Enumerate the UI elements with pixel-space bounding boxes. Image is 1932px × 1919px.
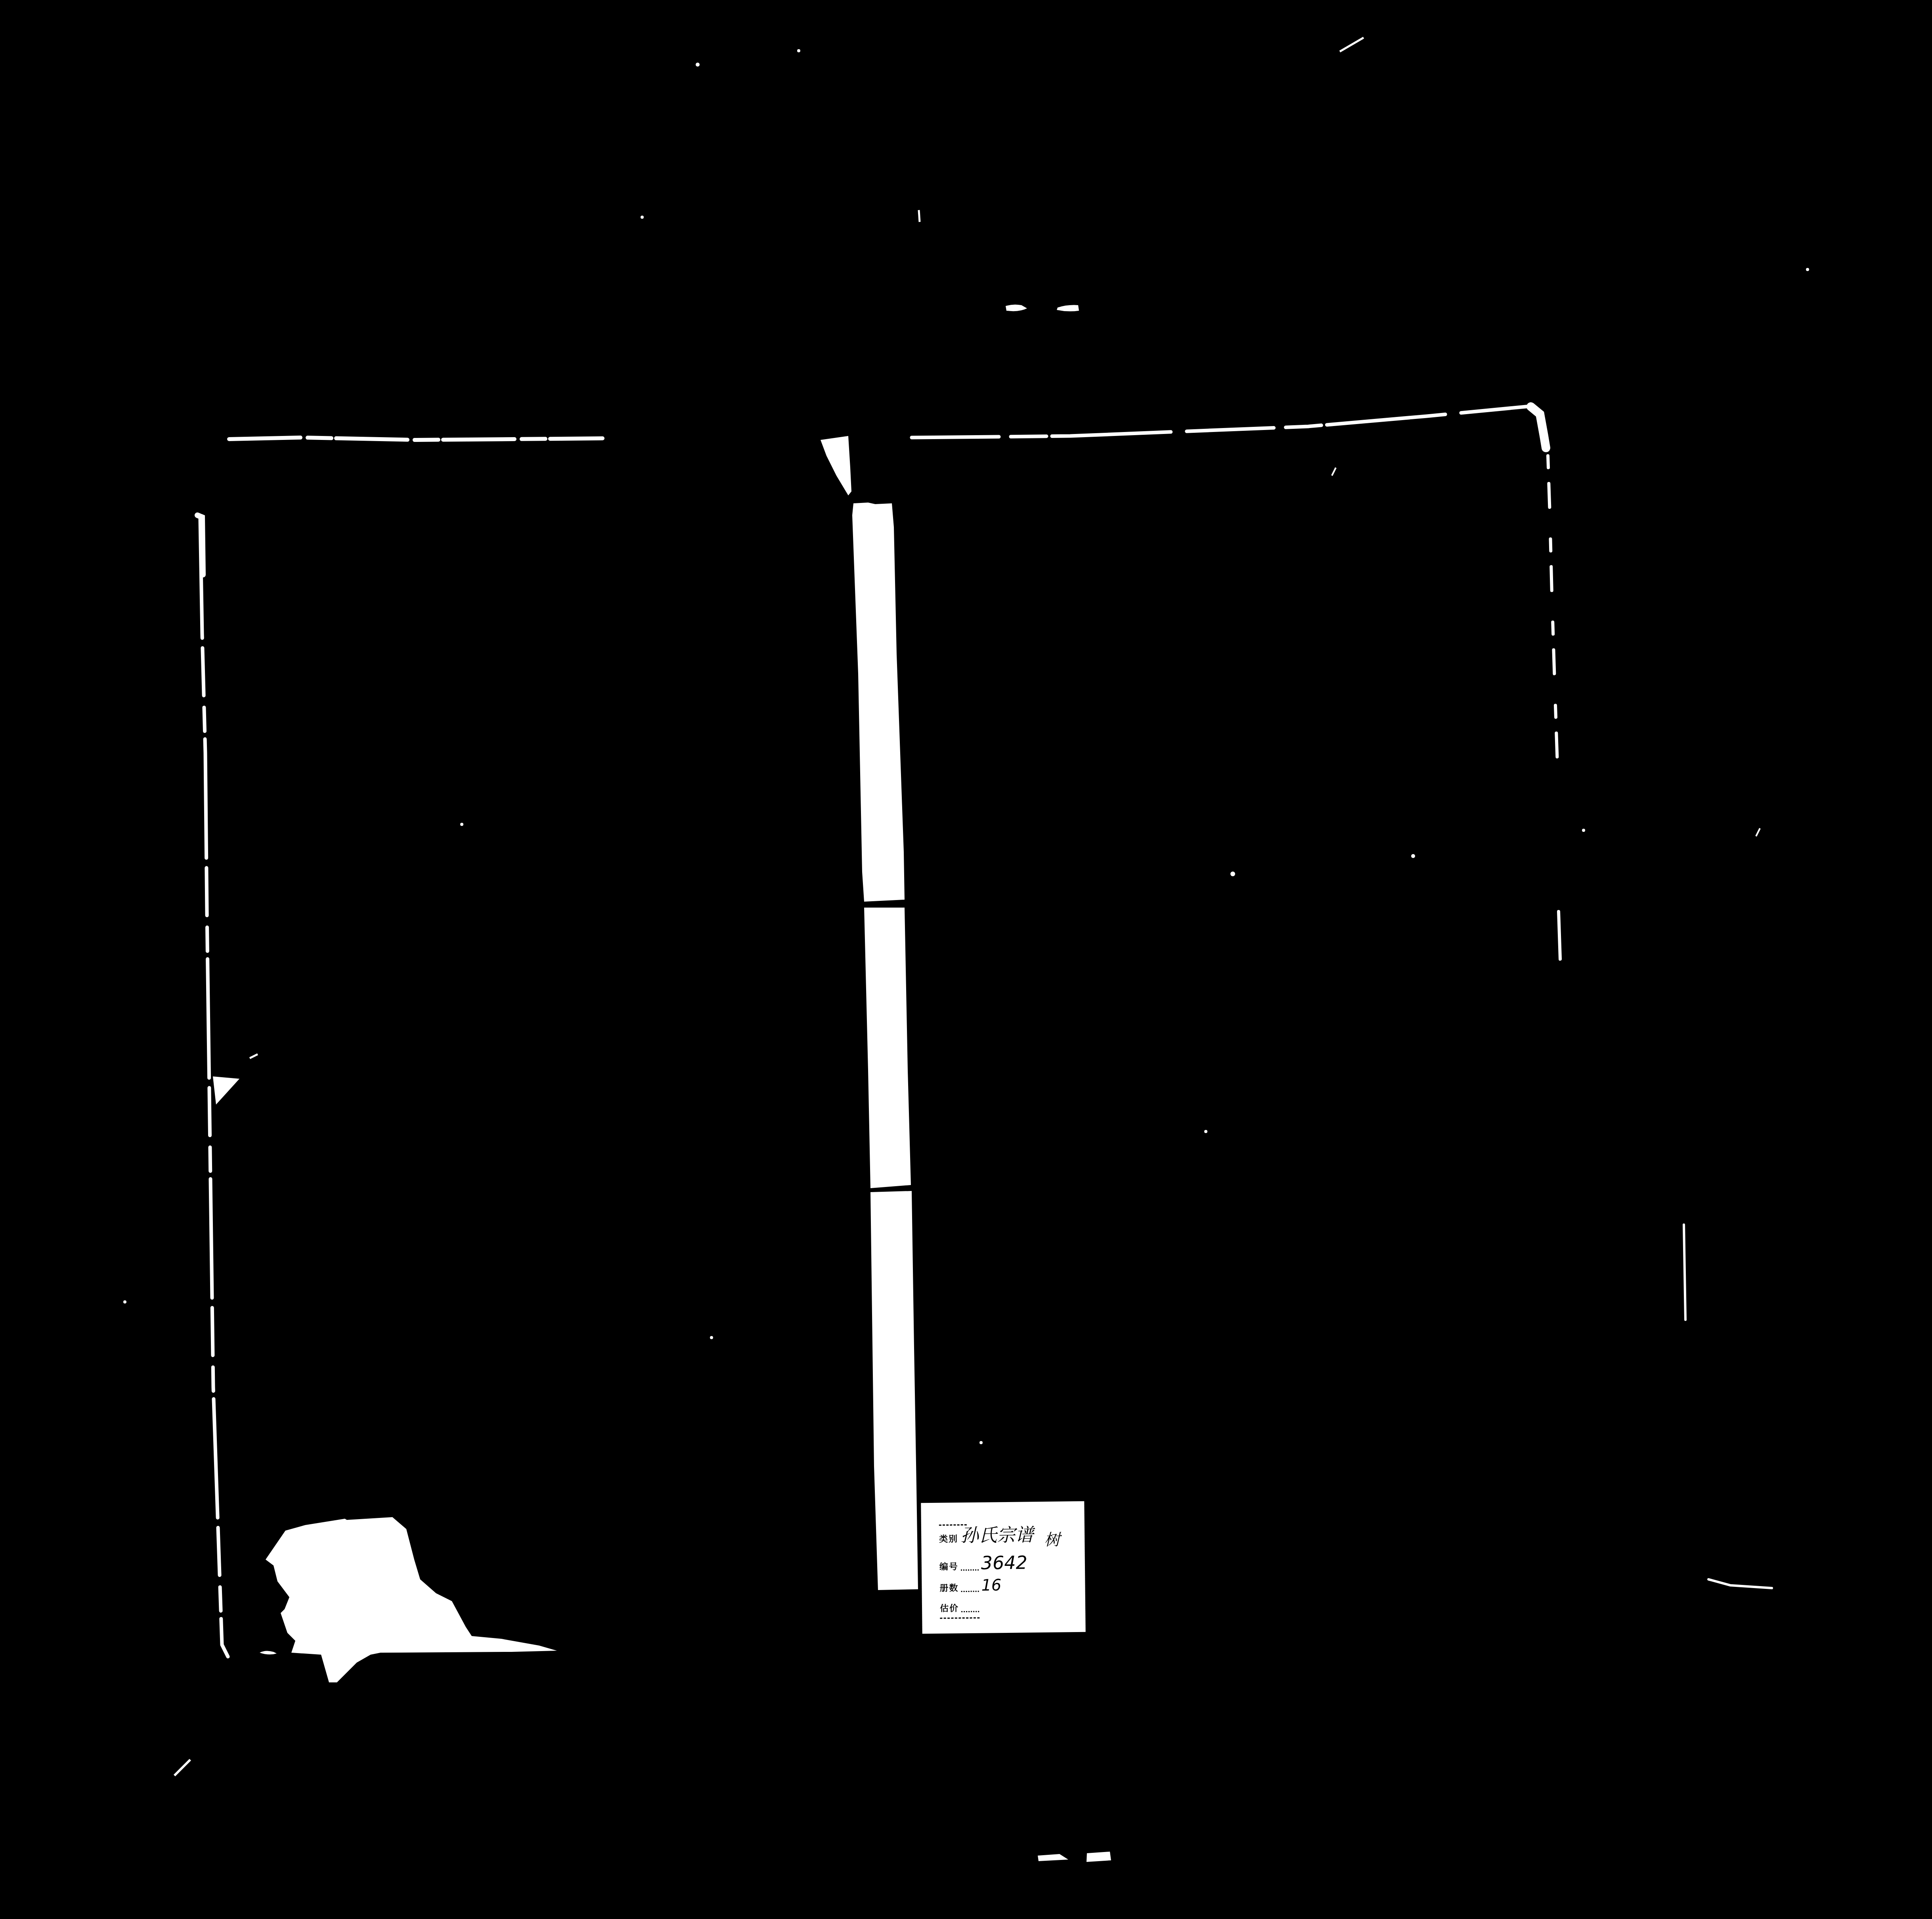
label-key-volumes: 册数 [939, 1581, 958, 1594]
label-row-category: 类别 孙氏宗谱 [939, 1525, 1033, 1544]
label-row-number: 编号 3642 [939, 1553, 1028, 1572]
label-key-number: 编号 [939, 1560, 958, 1573]
catalog-label: 类别 孙氏宗谱 树 编号 3642 册数 16 估价 [921, 1501, 1085, 1634]
label-dots [961, 1611, 979, 1612]
label-bottom-rule [940, 1617, 979, 1619]
label-extra-mark: 树 [1044, 1527, 1060, 1550]
label-value-category: 孙氏宗谱 [960, 1525, 1033, 1544]
label-value-number: 3642 [981, 1553, 1028, 1572]
label-value-volumes: 16 [981, 1577, 1001, 1594]
label-key-category: 类别 [939, 1532, 958, 1545]
label-dots [961, 1569, 979, 1571]
label-row-volumes: 册数 16 [939, 1577, 1001, 1594]
label-dots [961, 1591, 979, 1592]
label-row-price: 估价 [940, 1602, 981, 1614]
label-key-price: 估价 [940, 1602, 959, 1614]
